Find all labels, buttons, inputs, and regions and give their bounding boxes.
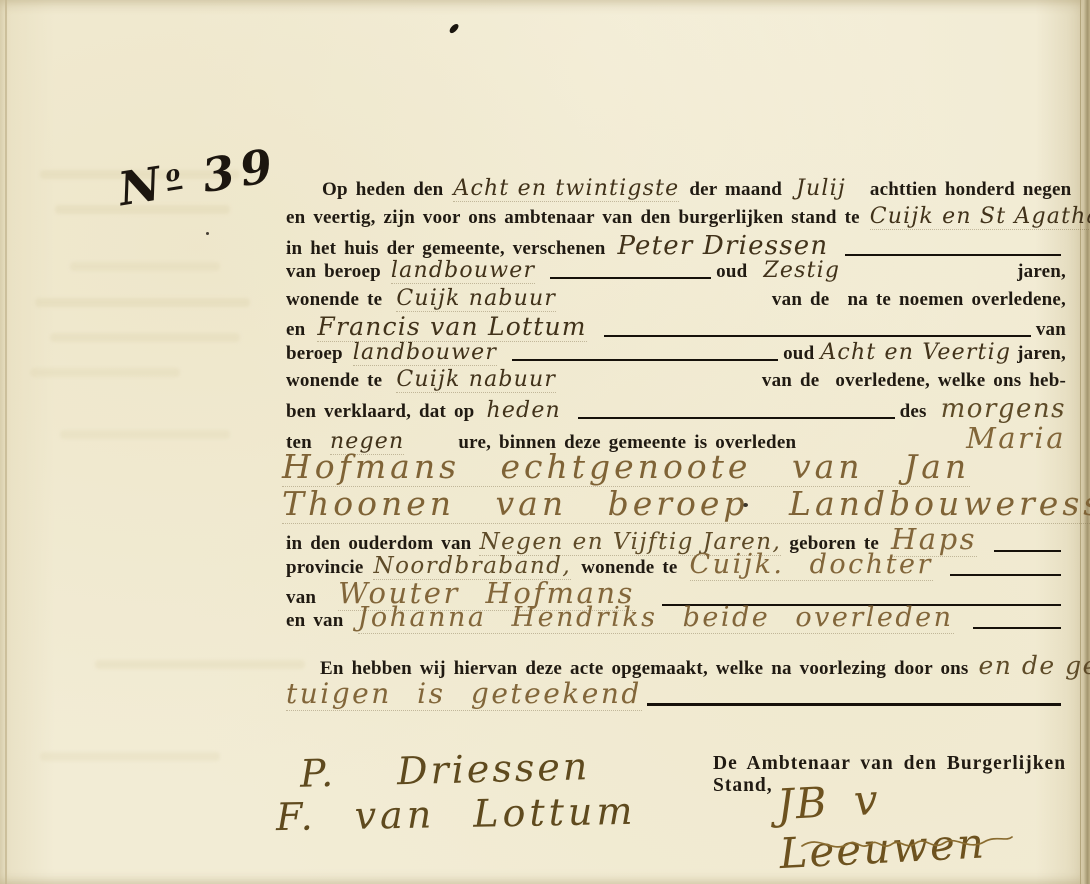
printed-text: overledene, welke ons heb- <box>835 370 1066 392</box>
form-line-1: Op heden den Acht en twintigste der maan… <box>322 176 1066 202</box>
bleedthrough-smudge <box>50 333 240 342</box>
printed-text: in het huis der gemeente, verschenen <box>286 238 605 260</box>
blank-rule <box>578 417 895 419</box>
page-right-edge-line <box>1080 0 1081 884</box>
printed-text: en <box>286 319 305 341</box>
death-certificate-scan: No 39 Op heden den Acht en twintigste de… <box>0 0 1090 884</box>
handwritten-residence: Cuijk nabuur <box>396 367 556 393</box>
printed-text: Op heden den <box>322 179 443 201</box>
printed-text: van de <box>762 370 820 392</box>
bleedthrough-smudge <box>30 368 180 377</box>
handwritten-death-date: heden <box>486 398 560 423</box>
official-signature: JB v Leeuwen <box>776 764 1090 878</box>
printed-text: ben verklaard, dat op <box>286 401 474 423</box>
printed-text: en veertig, zijn voor ons ambtenaar van … <box>286 207 860 229</box>
page-right-edge <box>1080 0 1090 884</box>
closing-line-1: En hebben wij hiervan deze acte opgemaak… <box>320 651 1066 680</box>
handwritten-month: Julij <box>796 176 846 201</box>
printed-text: van beroep <box>286 261 381 283</box>
bleedthrough-smudge <box>95 660 305 669</box>
handwritten-declarant2-name: Francis van Lottum <box>317 312 586 342</box>
form-line-9: ben verklaard, dat op heden des morgens <box>286 394 1066 424</box>
handwritten-age: Acht en Veertig <box>820 340 1011 365</box>
handwritten-mother-name: Johanna Hendriks beide overleden <box>358 602 954 634</box>
printed-text: des <box>900 401 927 423</box>
form-line-4: van beroep landbouwer oud Zestig jaren, <box>286 258 1066 284</box>
printed-text: achttien honderd negen <box>870 179 1071 201</box>
form-line-11: Hofmans echtgenoote van Jan <box>282 447 1066 487</box>
form-line-12: Thoonen van beroep Landbouweresse <box>282 484 1066 524</box>
page-fold-left-edge <box>5 0 7 884</box>
printed-text: oud <box>716 261 747 283</box>
printed-text: van de <box>772 289 830 311</box>
handwritten-spouse-occupation: Thoonen van beroep Landbouweresse <box>282 484 1090 524</box>
handwritten-age: Zestig <box>763 258 840 283</box>
bleedthrough-smudge <box>60 430 230 439</box>
signature-flourish <box>800 830 1014 856</box>
form-line-16: en van Johanna Hendriks beide overleden <box>286 602 1066 634</box>
handwritten-deceased-surname-spouse: Hofmans echtgenoote van Jan <box>282 447 970 487</box>
printed-text: beroep <box>286 343 343 365</box>
form-line-5: wonende te Cuijk nabuur van de na te noe… <box>286 286 1066 312</box>
blank-rule <box>604 335 1031 337</box>
handwritten-declarant1-name: Peter Driessen <box>617 231 828 261</box>
handwritten-occupation: landbouwer <box>391 258 535 284</box>
printed-text: wonende te <box>286 289 382 311</box>
handwritten-day: Acht en twintigste <box>453 176 679 202</box>
blank-rule <box>647 703 1061 706</box>
form-line-2: en veertig, zijn voor ons ambtenaar van … <box>286 204 1066 230</box>
printed-text: na te noemen overledene, <box>847 289 1066 311</box>
handwritten-closing: en de ge <box>979 651 1090 680</box>
printed-text: en van <box>286 610 344 632</box>
handwritten-occupation: landbouwer <box>353 340 497 366</box>
printed-text: wonende te <box>286 370 382 392</box>
form-line-6: en Francis van Lottum van <box>286 312 1066 342</box>
closing-line-2: tuigen is geteekend <box>286 677 1066 711</box>
act-number-prefix: N <box>115 155 171 216</box>
ink-speck <box>206 232 209 235</box>
act-number-value: 39 <box>198 138 282 203</box>
bleedthrough-smudge <box>40 752 220 761</box>
printed-text: jaren, <box>1017 343 1066 365</box>
form-line-8: wonende te Cuijk nabuur van de overleden… <box>286 367 1066 393</box>
handwritten-daypart: morgens <box>941 394 1066 424</box>
witness-signature-1: P. Driessen <box>299 744 590 796</box>
handwritten-place: Cuijk en St Agatha, <box>870 204 1090 230</box>
blank-rule <box>512 359 778 361</box>
blank-rule <box>550 277 711 279</box>
printed-text: oud <box>783 343 814 365</box>
blank-rule <box>845 254 1061 256</box>
blank-rule <box>973 627 1062 629</box>
printed-text: van <box>1036 319 1066 341</box>
witness-signature-2: F. van Lottum <box>276 789 637 839</box>
form-line-3: in het huis der gemeente, verschenen Pet… <box>286 231 1066 261</box>
printed-text: der maand <box>689 179 782 201</box>
bleedthrough-smudge <box>70 262 220 271</box>
handwritten-residence: Cuijk nabuur <box>396 286 556 312</box>
form-line-7: beroep landbouwer oud Acht en Veertig ja… <box>286 340 1066 366</box>
printed-text: jaren, <box>1017 261 1066 283</box>
handwritten-closing: tuigen is geteekend <box>286 677 642 711</box>
bleedthrough-smudge <box>35 298 250 307</box>
act-number-superscript: o <box>163 160 182 191</box>
ink-speck <box>448 22 460 34</box>
